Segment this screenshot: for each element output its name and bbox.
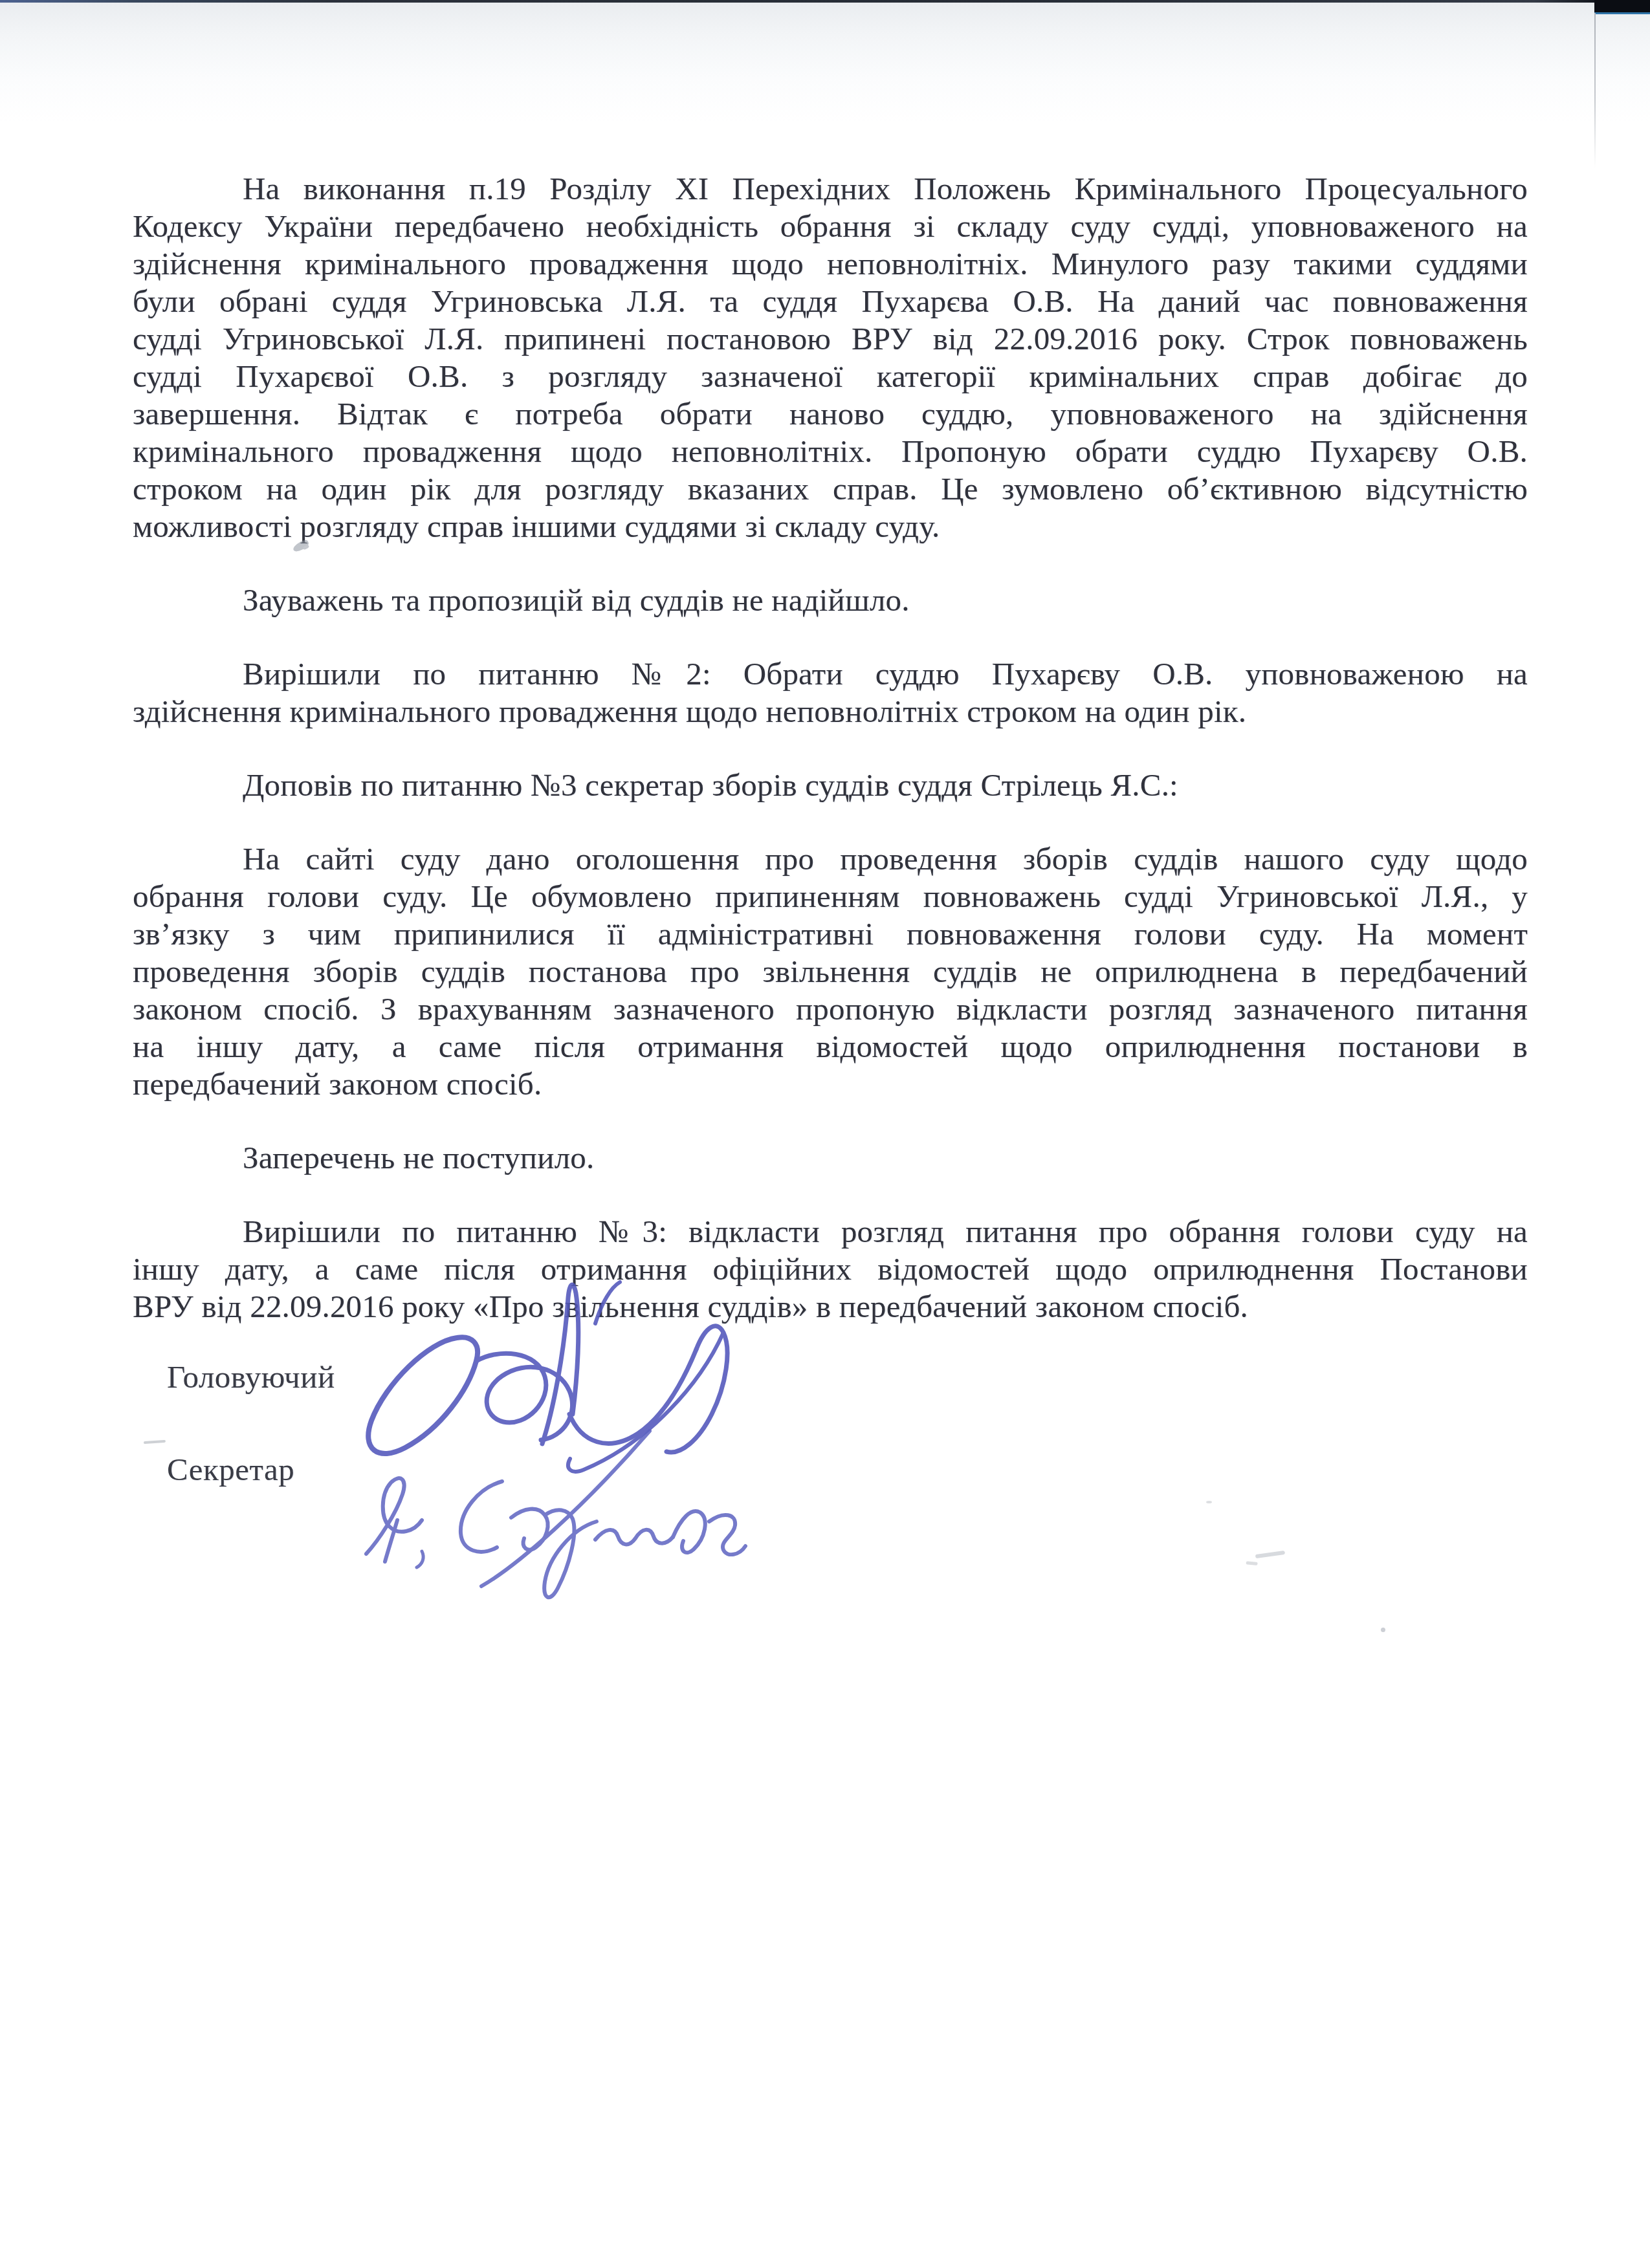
handwritten-signatures [0, 0, 1650, 2268]
scan-speck [1381, 1628, 1385, 1632]
scan-speck [1206, 1501, 1212, 1503]
chairman-signature-ink [368, 1282, 727, 1472]
scanned-document-page: На виконання п.19 Розділу XI Перехідних … [0, 0, 1650, 2268]
secretary-signature-ink [366, 1431, 745, 1597]
